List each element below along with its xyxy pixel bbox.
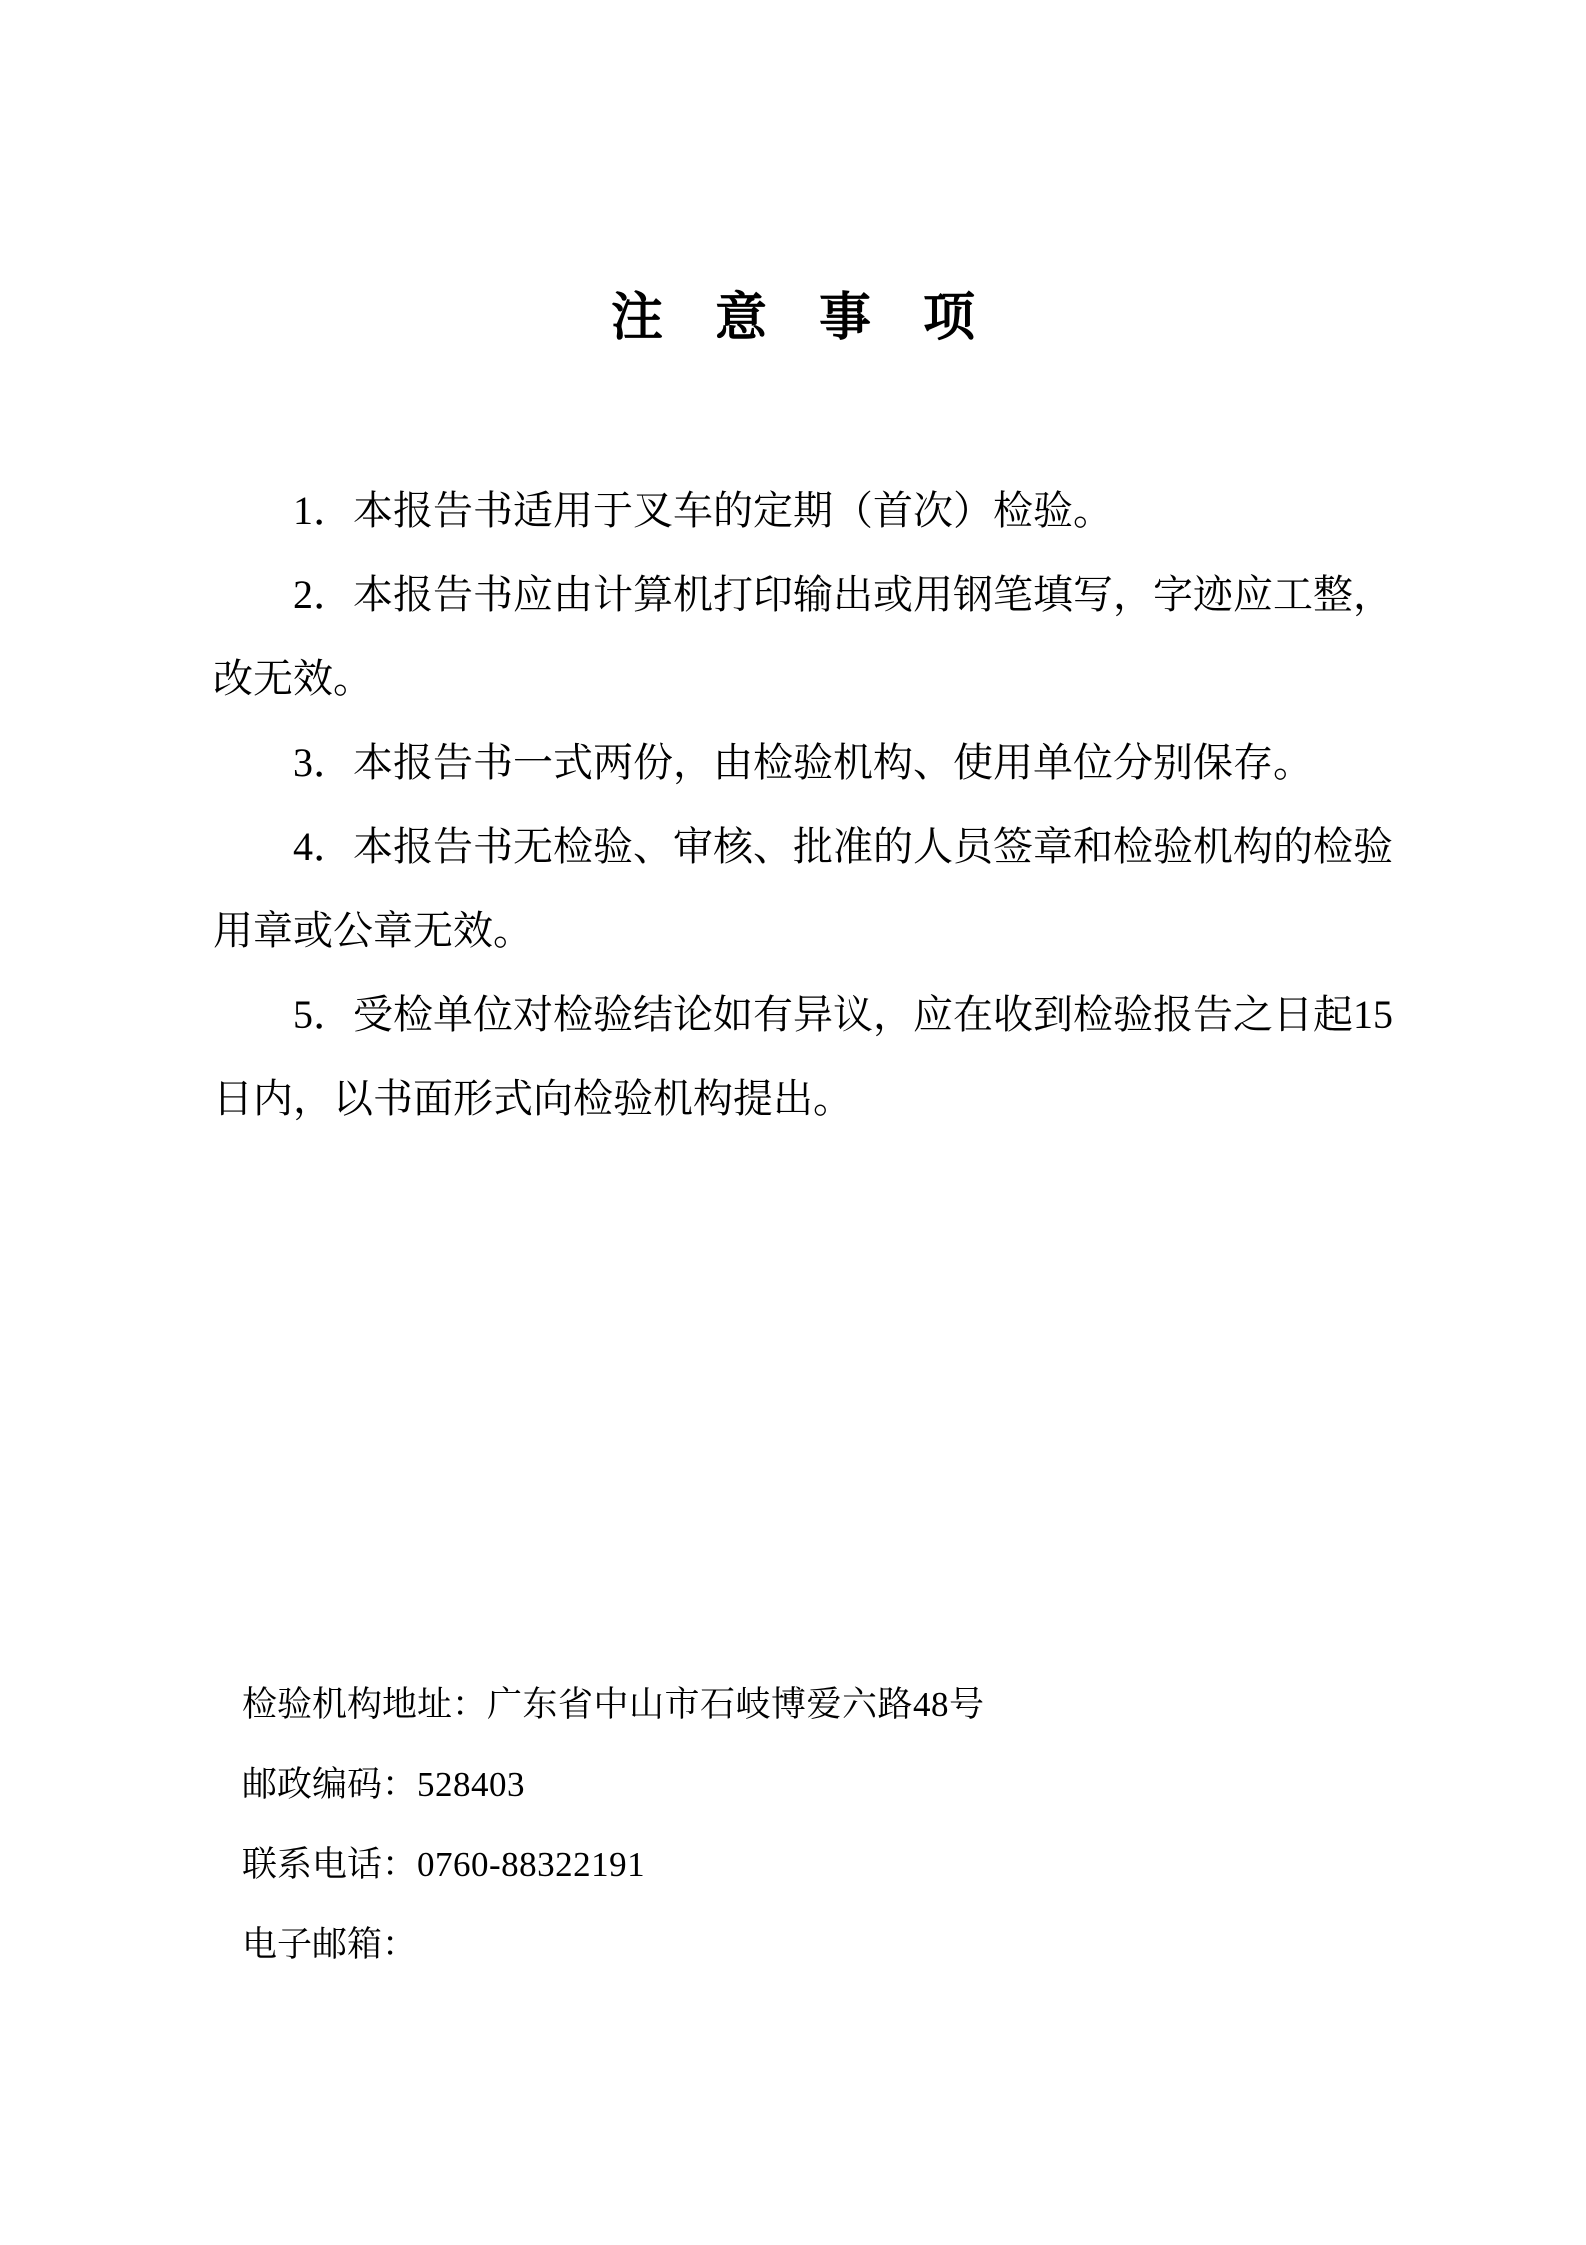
contact-line-address: 检验机构地址：广东省中山市石岐博爱六路48号 <box>242 1665 985 1745</box>
contact-line-email: 电子邮箱： <box>242 1905 985 1985</box>
address-value: 广东省中山市石岐博爱六路48号 <box>487 1685 985 1724</box>
contact-section: 检验机构地址：广东省中山市石岐博爱六路48号 邮政编码：528403 联系电话：… <box>242 1665 985 1985</box>
page-title: 注 意 事 项 <box>0 293 1586 345</box>
contact-line-phone: 联系电话：0760-88322191 <box>242 1825 985 1905</box>
postcode-value: 528403 <box>417 1765 525 1804</box>
phone-value: 0760-88322191 <box>417 1845 645 1884</box>
notice-line-3: 3．本报告书一式两份，由检验机构、使用单位分别保存。 <box>213 721 1403 805</box>
address-label: 检验机构地址： <box>242 1685 487 1724</box>
notice-line-4: 4．本报告书无检验、审核、批准的人员签章和检验机构的检验 <box>213 805 1403 889</box>
notice-line-2b: 改无效。 <box>213 637 1403 721</box>
email-label: 电子邮箱： <box>242 1925 417 1964</box>
notice-line-1: 1．本报告书适用于叉车的定期（首次）检验。 <box>213 469 1403 553</box>
notice-line-2: 2．本报告书应由计算机打印输出或用钢笔填写，字迹应工整， <box>213 553 1403 637</box>
document-page: 注 意 事 项 1．本报告书适用于叉车的定期（首次）检验。 2．本报告书应由计算… <box>0 0 1586 2245</box>
contact-line-postcode: 邮政编码：528403 <box>242 1745 985 1825</box>
notice-line-4b: 用章或公章无效。 <box>213 889 1403 973</box>
notice-section: 1．本报告书适用于叉车的定期（首次）检验。 2．本报告书应由计算机打印输出或用钢… <box>213 469 1403 1141</box>
notice-line-5b: 日内，以书面形式向检验机构提出。 <box>213 1057 1403 1141</box>
phone-label: 联系电话： <box>242 1845 417 1884</box>
postcode-label: 邮政编码： <box>242 1765 417 1804</box>
notice-line-5: 5．受检单位对检验结论如有异议，应在收到检验报告之日起15 <box>213 973 1403 1057</box>
